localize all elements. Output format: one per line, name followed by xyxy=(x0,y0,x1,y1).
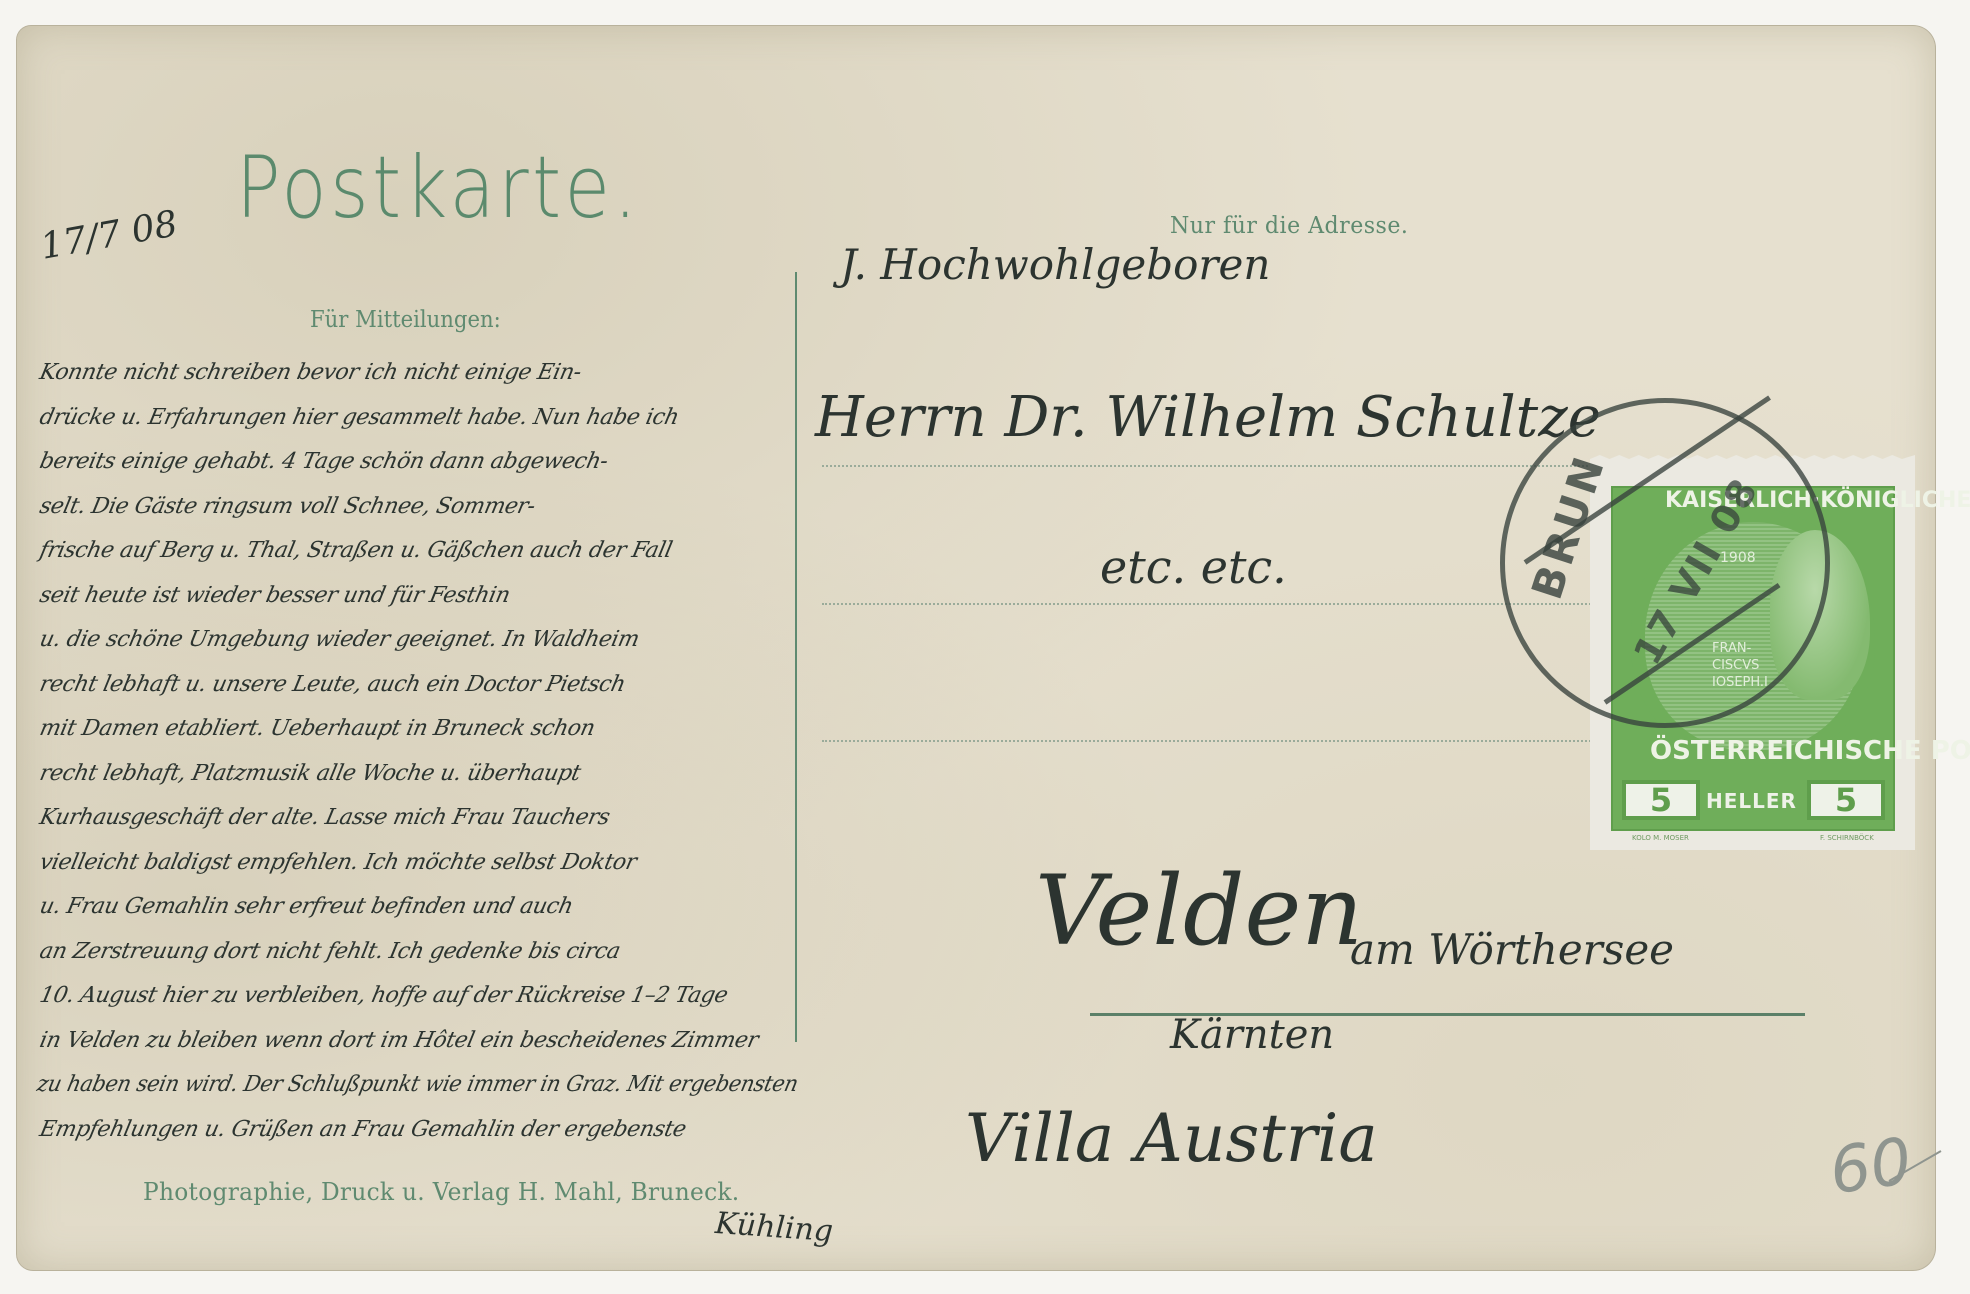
message-line: seit heute ist wieder besser und für Fes… xyxy=(37,583,512,608)
stamp-value-left: 5 xyxy=(1622,780,1700,820)
stamp-denomination: HELLER xyxy=(1706,789,1797,813)
address-house: Villa Austria xyxy=(965,1100,1378,1177)
message-line: 10. August hier zu verbleiben, hoffe auf… xyxy=(37,983,730,1008)
stamp-country-text-bottom: ÖSTERREICHISCHE POST xyxy=(1650,736,1970,766)
address-dotted-line xyxy=(822,740,1602,742)
message-line: u. die schöne Umgebung wieder geeignet. … xyxy=(37,627,641,652)
message-line: in Velden zu bleiben wenn dort im Hôtel … xyxy=(37,1028,760,1053)
message-line: mit Damen etabliert. Ueberhaupt in Brune… xyxy=(37,716,597,741)
message-line: recht lebhaft u. unsere Leute, auch ein … xyxy=(37,672,627,697)
section-divider xyxy=(795,272,797,1042)
message-line: an Zerstreuung dort nicht fehlt. Ich ged… xyxy=(37,939,622,964)
message-line: u. Frau Gemahlin sehr erfreut befinden u… xyxy=(37,894,575,919)
message-line: Kurhausgeschäft der alte. Lasse mich Fra… xyxy=(37,805,612,830)
message-line: bereits einige gehabt. 4 Tage schön dann… xyxy=(37,449,610,474)
address-dotted-line xyxy=(822,465,1612,467)
address-region: Kärnten xyxy=(1170,1012,1334,1058)
address-town-suffix: am Wörthersee xyxy=(1350,925,1674,974)
address-town: Velden xyxy=(1035,855,1363,967)
stamp-designer-credit: KOLO M. MOSER xyxy=(1632,834,1689,842)
pencil-price-mark: 60 xyxy=(1825,1125,1916,1210)
message-line: drücke u. Erfahrungen hier gesammelt hab… xyxy=(37,405,681,430)
message-line: vielleicht baldigst empfehlen. Ich möcht… xyxy=(37,850,638,875)
message-line: frische auf Berg u. Thal, Straßen u. Gäß… xyxy=(37,538,674,563)
address-honorific: J. Hochwohlgeboren xyxy=(840,240,1270,289)
publisher-credit: Photographie, Druck u. Verlag H. Mahl, B… xyxy=(143,1178,739,1206)
stamp-value-right: 5 xyxy=(1807,780,1885,820)
address-recipient: Herrn Dr. Wilhelm Schultze xyxy=(815,385,1601,450)
message-line: Konnte nicht schreiben bevor ich nicht e… xyxy=(37,360,583,385)
address-section-label: Nur für die Adresse. xyxy=(1170,213,1408,239)
message-line: recht lebhaft, Platzmusik alle Woche u. … xyxy=(37,761,582,786)
message-line: selt. Die Gäste ringsum voll Schnee, Som… xyxy=(37,494,537,519)
message-line: zu haben sein wird. Der Schlußpunkt wie … xyxy=(35,1072,800,1097)
message-section-label: Für Mitteilungen: xyxy=(310,307,501,333)
address-dotted-line xyxy=(822,603,1602,605)
postcard-title: Postkarte. xyxy=(236,138,640,238)
message-line: Empfehlungen u. Grüßen an Frau Gemahlin … xyxy=(37,1117,688,1142)
stamp-engraver-credit: F. SCHIRNBÖCK xyxy=(1820,834,1874,842)
address-line-3: etc. etc. xyxy=(1100,540,1287,594)
